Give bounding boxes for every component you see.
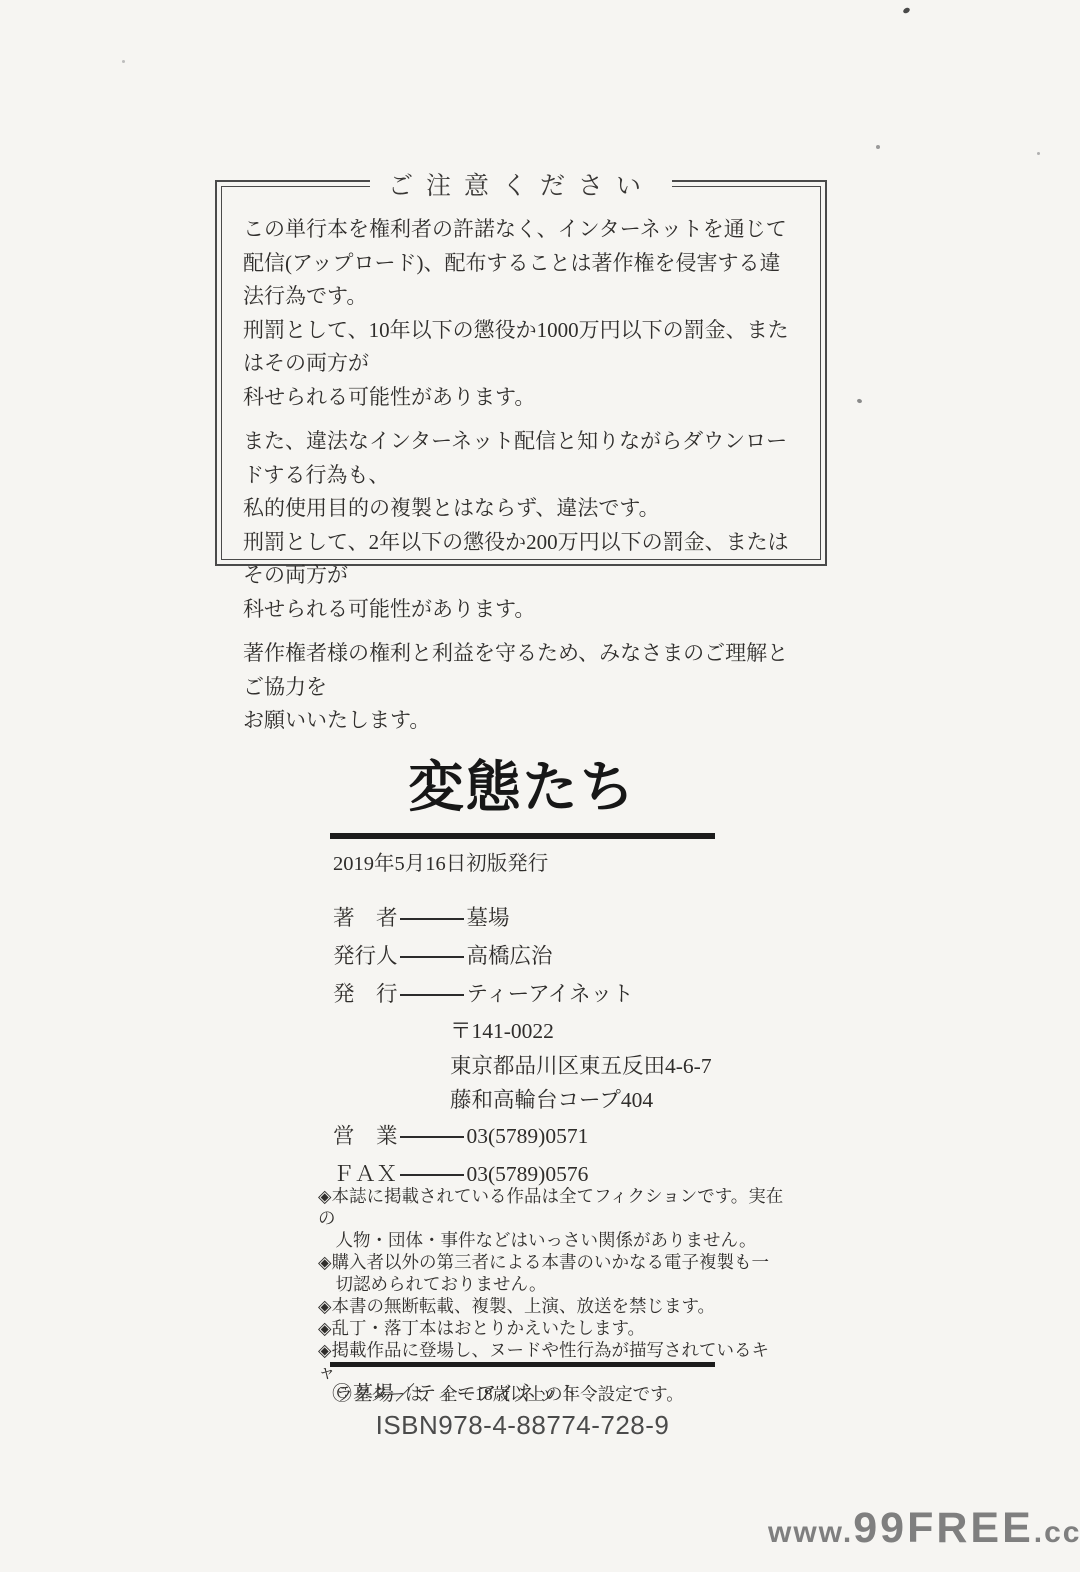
row-value: 高橋広治: [467, 944, 553, 968]
row-label: 発行人: [333, 937, 398, 975]
publisher-address: 〒141-0022 東京都品川区東五反田4-6-7 藤和高輪台コープ404: [450, 1014, 712, 1118]
publication-row: 発 行ティーアイネット: [333, 975, 634, 1013]
publication-info-rows: 著 者墓場 発行人高橋広治 発 行ティーアイネット: [333, 899, 634, 1013]
copyright-line: Ⓒ墓場／ティーアイネット: [332, 1377, 579, 1406]
watermark-suffix: .cc: [1034, 1516, 1080, 1549]
watermark-name: 99FREE: [853, 1504, 1034, 1552]
fine-print-note: ◈本書の無断転載、複製、上演、放送を禁じます。: [318, 1295, 786, 1317]
fine-print-notes: ◈本誌に掲載されている作品は全てフィクションです。実在の 人物・団体・事件などは…: [318, 1185, 786, 1405]
scan-speck: [1037, 152, 1040, 155]
isbn: ISBN978-4-88774-728-9: [330, 1410, 715, 1441]
publication-row: 著 者墓場: [333, 899, 634, 937]
scan-speck: [902, 7, 911, 15]
dash-separator: [400, 994, 464, 996]
notes-divider-rule: [330, 1362, 715, 1367]
dash-separator: [400, 956, 464, 958]
scan-speck: [122, 60, 125, 63]
warning-paragraph: 著作権者様の権利と利益を守るため、みなさまのご理解とご協力を お願いいたします。: [243, 637, 798, 738]
edition-date: 2019年5月16日初版発行: [333, 846, 548, 876]
dash-separator: [400, 918, 464, 920]
publication-row: 発行人高橋広治: [333, 937, 634, 975]
warning-box-body: この単行本を権利者の許諾なく、インターネットを通じて 配信(アップロード)、配布…: [221, 186, 821, 560]
row-label: 営 業: [333, 1117, 398, 1155]
contact-rows: 営 業03(5789)0571 ＦＡＸ03(5789)0576: [333, 1117, 588, 1193]
row-label: 著 者: [333, 899, 398, 937]
fine-print-note: ◈本誌に掲載されている作品は全てフィクションです。実在の 人物・団体・事件などは…: [318, 1185, 786, 1251]
warning-box-title: ご注意ください: [370, 166, 672, 202]
fine-print-note: ◈購入者以外の第三者による本書のいかなる電子複製も一 切認められておりません。: [318, 1251, 786, 1295]
copyright-warning-box: ご注意ください この単行本を権利者の許諾なく、インターネットを通じて 配信(アッ…: [215, 180, 827, 566]
row-label: 発 行: [333, 975, 398, 1013]
warning-paragraph: また、違法なインターネット配信と知りながらダウンロードする行為も、 私的使用目的…: [243, 425, 798, 626]
row-value: ティーアイネット: [467, 982, 634, 1006]
dash-separator: [400, 1136, 464, 1138]
fine-print-note: ◈乱丁・落丁本はおとりかえいたします。: [318, 1317, 786, 1339]
row-value: 03(5789)0571: [467, 1124, 589, 1148]
row-value: 03(5789)0576: [467, 1162, 589, 1186]
warning-paragraph: この単行本を権利者の許諾なく、インターネットを通じて 配信(アップロード)、配布…: [243, 213, 798, 414]
scanned-colophon-page: ご注意ください この単行本を権利者の許諾なく、インターネットを通じて 配信(アッ…: [0, 0, 1080, 1572]
scan-speck: [856, 398, 862, 403]
scan-speck: [876, 145, 880, 149]
watermark-prefix: www.: [768, 1516, 853, 1549]
row-value: 墓場: [467, 906, 510, 930]
title-divider-rule: [330, 833, 715, 839]
site-watermark: www.99FREE.cc: [768, 1504, 1080, 1553]
book-title: 変態たち: [330, 748, 715, 828]
dash-separator: [400, 1174, 464, 1176]
contact-row: 営 業03(5789)0571: [333, 1117, 588, 1155]
